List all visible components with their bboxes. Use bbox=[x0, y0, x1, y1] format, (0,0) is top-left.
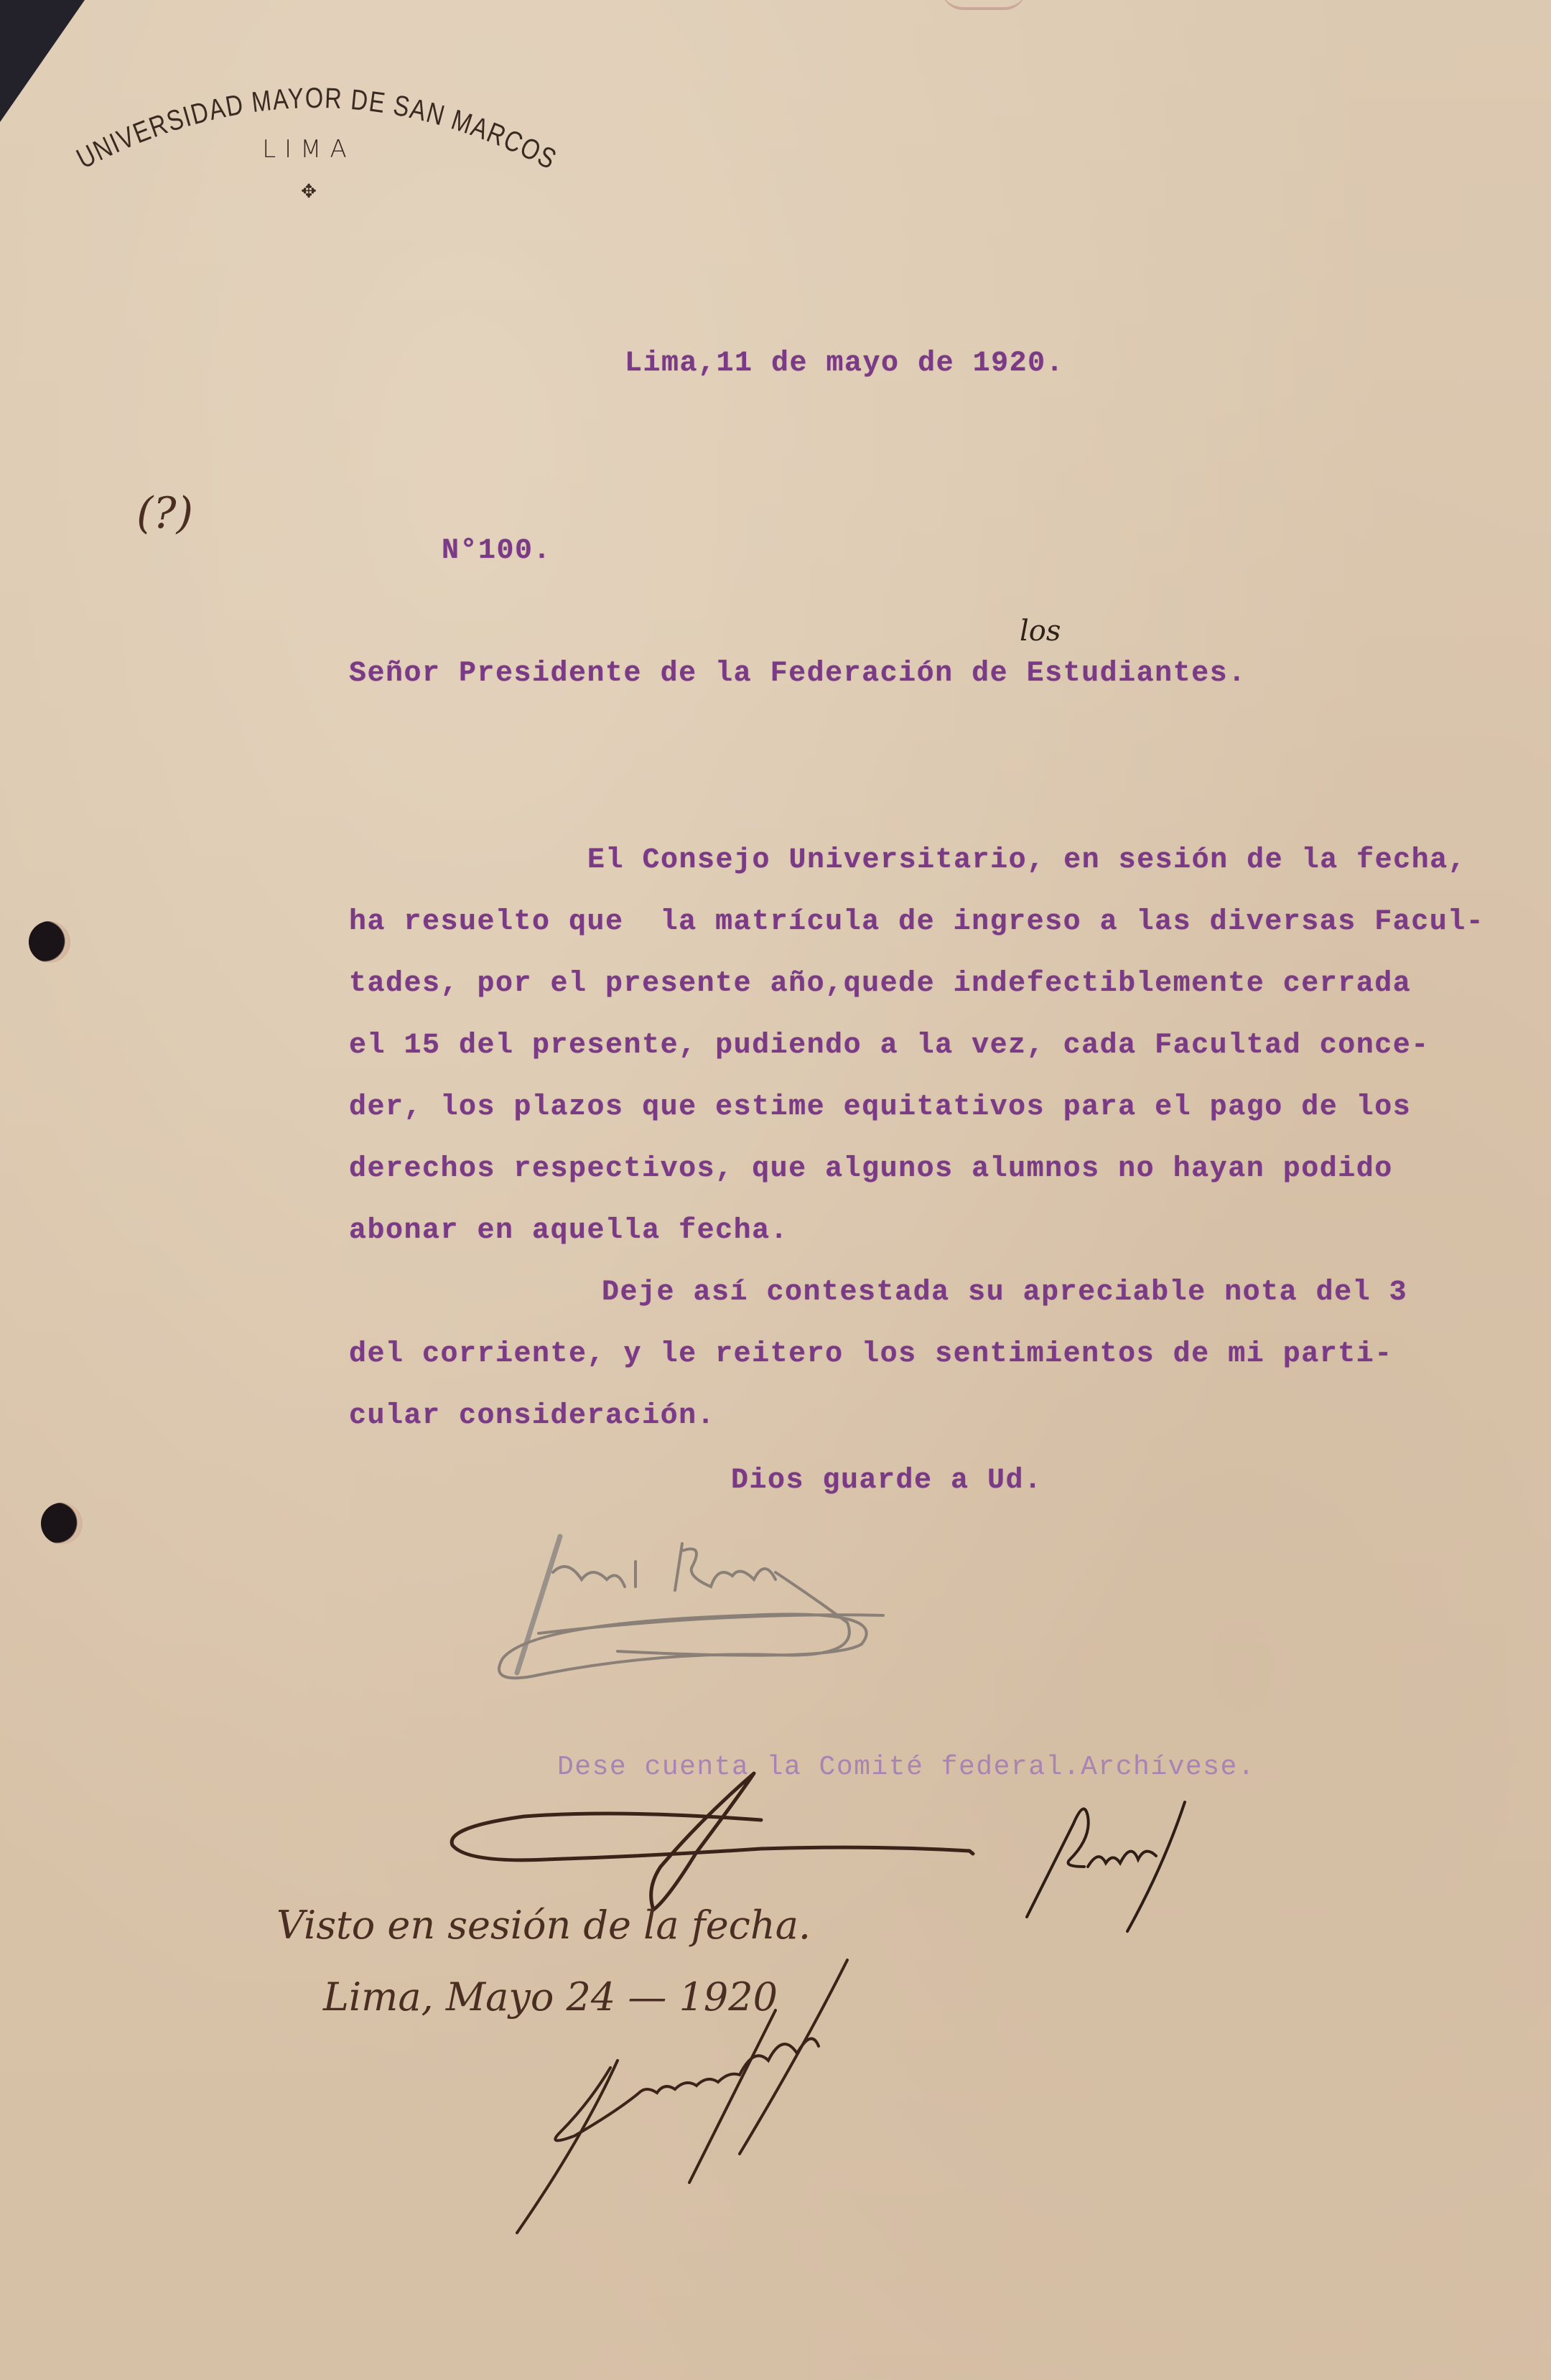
body-line: abonar en aquella fecha. bbox=[349, 1215, 788, 1247]
signature-rosay-icon bbox=[1020, 1795, 1235, 1938]
body-line: del corriente, y le reitero los sentimie… bbox=[349, 1338, 1393, 1371]
svg-text:Javier Prado: Javier Prado bbox=[617, 1586, 623, 1587]
body-line: cular consideración. bbox=[349, 1400, 715, 1432]
body-line: El Consejo Universitario, en sesión de l… bbox=[587, 844, 1466, 877]
body-line: el 15 del presente, pudiendo a la vez, c… bbox=[349, 1030, 1430, 1062]
date-line: Lima,11 de mayo de 1920. bbox=[625, 347, 1064, 380]
body-line: ha resuelto que la matrícula de ingreso … bbox=[349, 906, 1484, 938]
margin-note: (?) bbox=[136, 488, 193, 538]
fleuron-icon: ✥ bbox=[291, 181, 327, 202]
body-line: Deje así contestada su apreciable nota d… bbox=[602, 1277, 1407, 1309]
initial-flourish-icon bbox=[438, 1766, 1012, 1924]
signature-main-icon: Javier Prado bbox=[474, 1508, 1192, 1694]
addressee-insertion: los bbox=[1020, 615, 1061, 648]
reference-number: N°100. bbox=[442, 535, 551, 567]
signature-fernando-rosay-icon bbox=[503, 1953, 1005, 2254]
body-line: tades, por el presente año,quede indefec… bbox=[349, 968, 1411, 1000]
body-line: derechos respectivos, que algunos alumno… bbox=[349, 1153, 1393, 1185]
closing: Dios guarde a Ud. bbox=[731, 1465, 1043, 1497]
body-line: der, los plazos que estime equitativos p… bbox=[349, 1091, 1411, 1124]
letterhead-city: LIMA bbox=[237, 135, 381, 164]
addressee: Señor Presidente de la Federación de Est… bbox=[349, 658, 1247, 690]
handwritten-note-line1: Visto en sesión de la fecha. bbox=[276, 1903, 811, 1948]
punch-hole-icon bbox=[29, 921, 70, 963]
paper-clip-mark bbox=[941, 0, 1027, 10]
punch-hole-icon bbox=[41, 1503, 83, 1544]
